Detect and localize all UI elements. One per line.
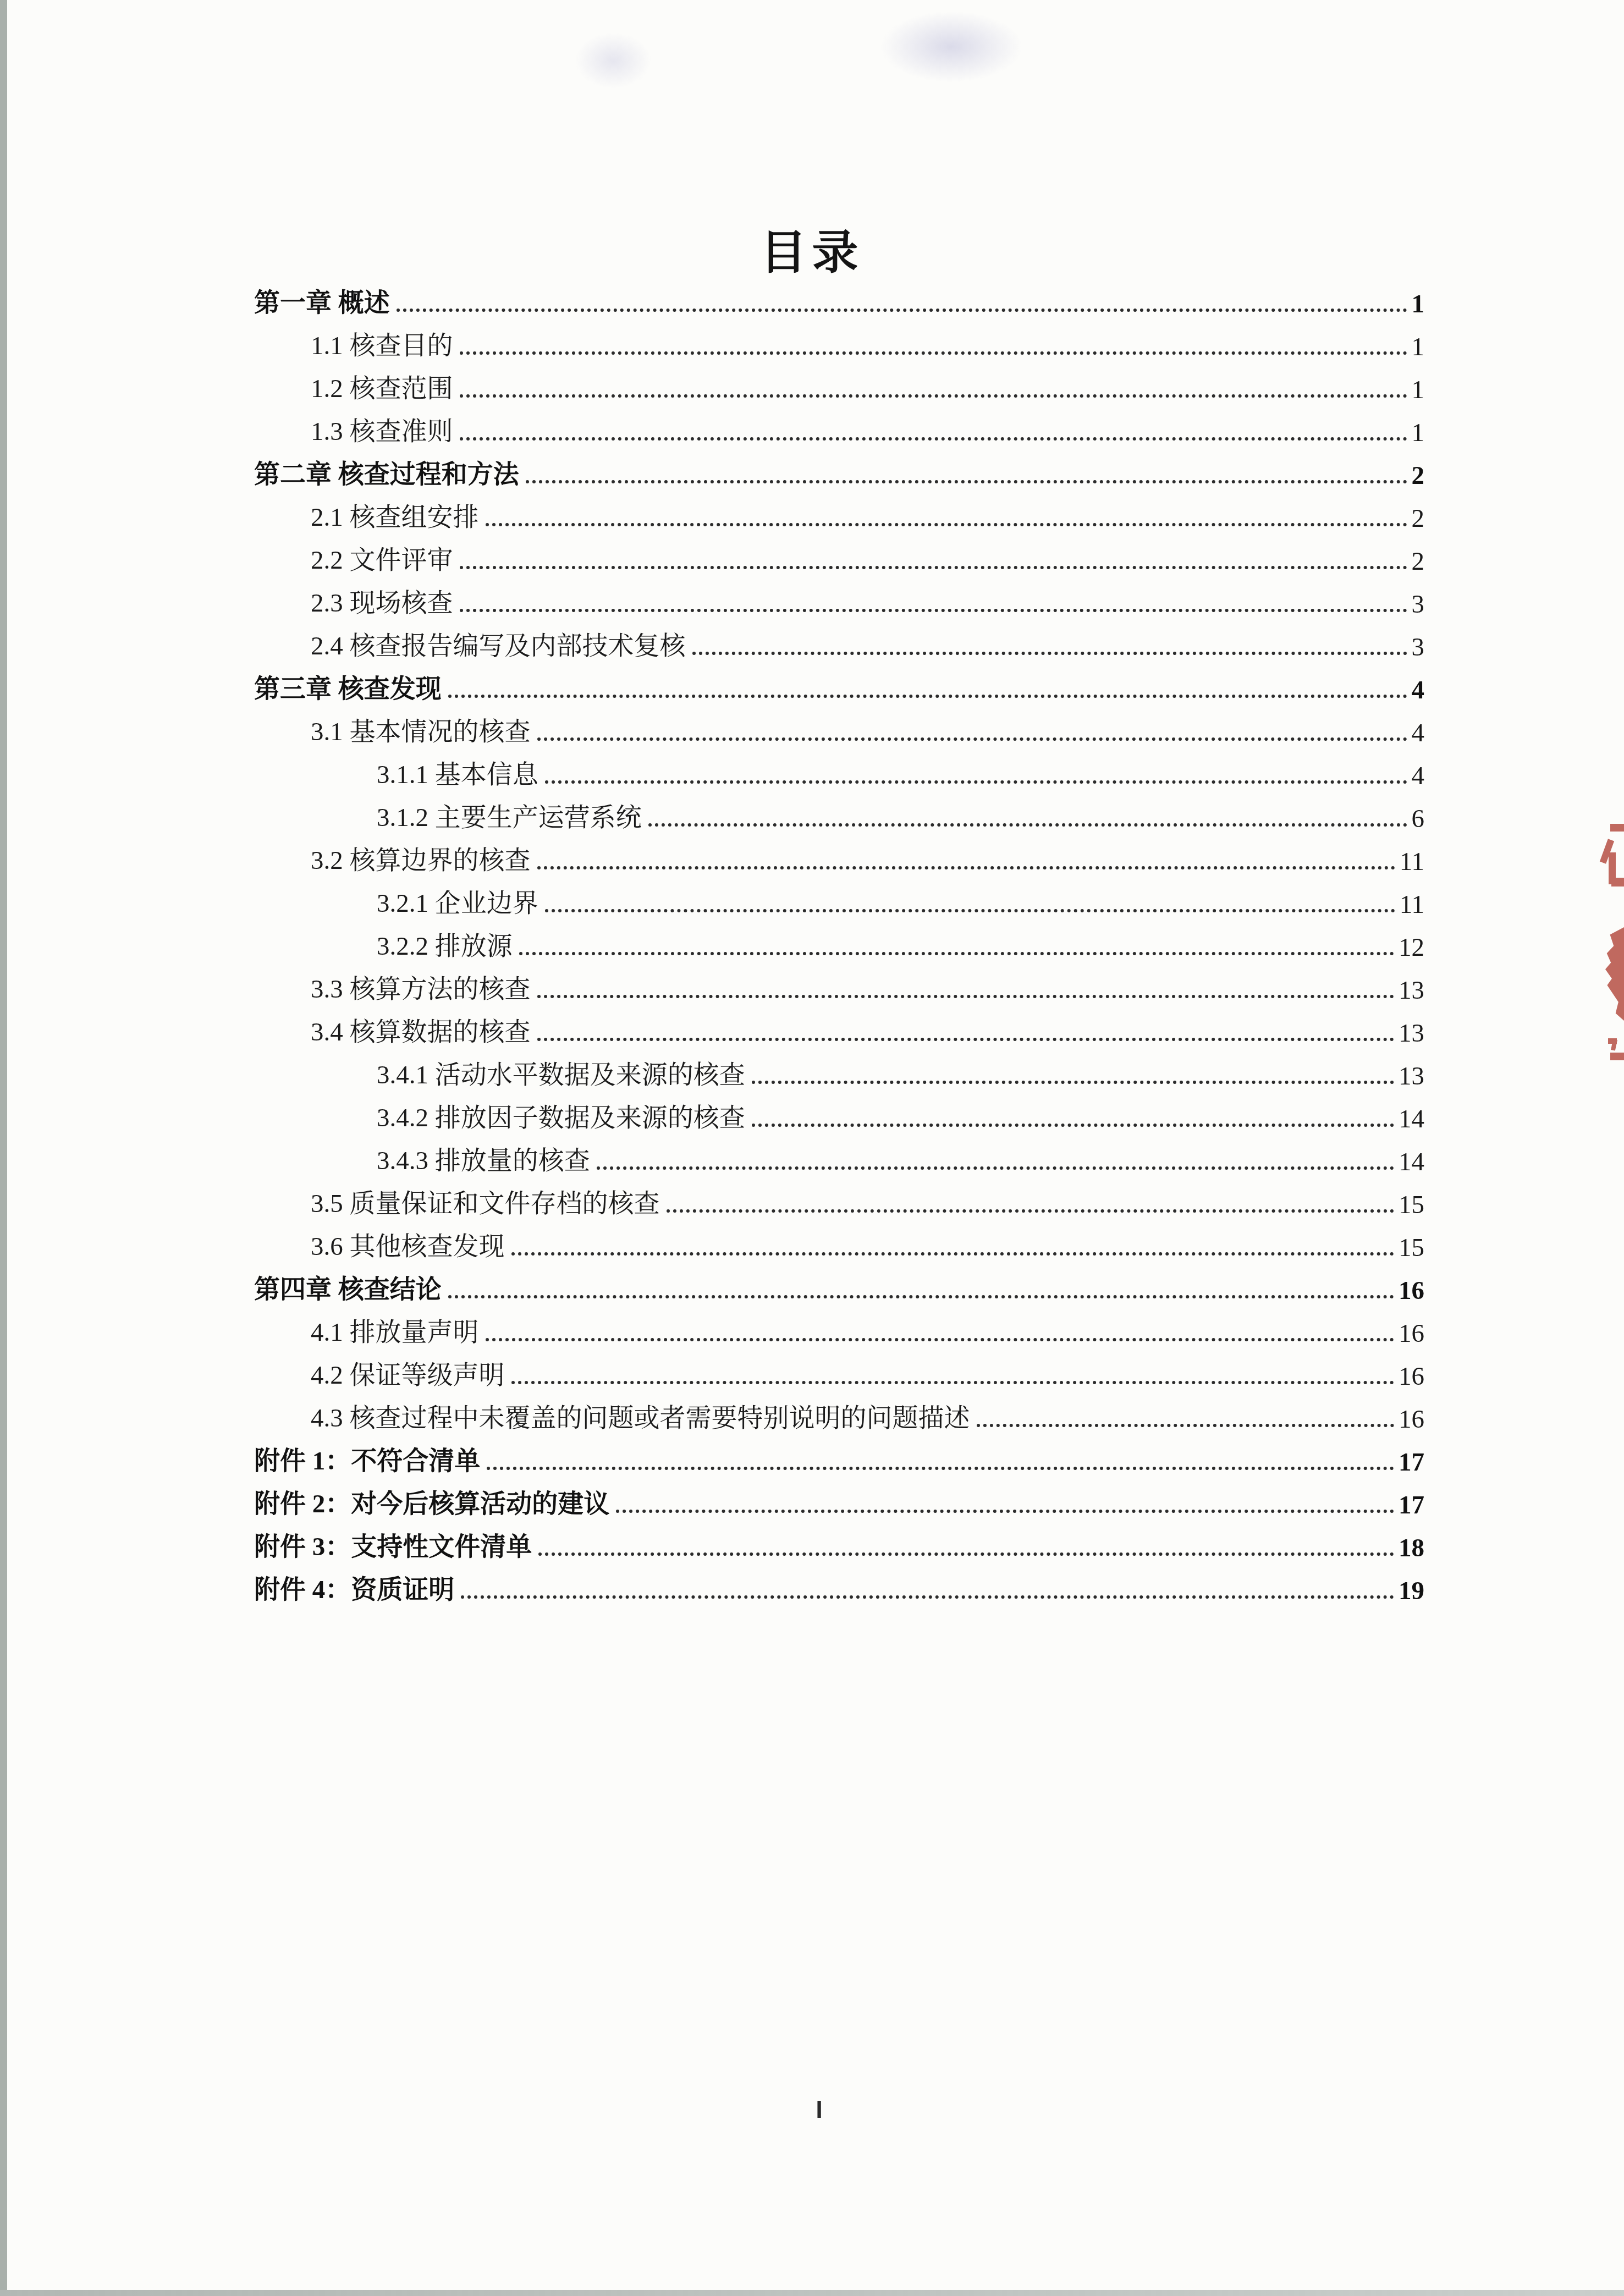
toc-entry-page: 15 xyxy=(1399,1233,1424,1263)
dot-leader xyxy=(519,952,1394,955)
toc-entry-label: 附件 2：对今后核算活动的建议 xyxy=(254,1483,609,1520)
scan-edge-bottom xyxy=(0,2290,1624,2296)
toc-entry-page: 13 xyxy=(1399,1061,1424,1091)
toc-entry-page: 1 xyxy=(1412,375,1425,405)
toc-entry: 3.1 基本情况的核查4 xyxy=(254,705,1424,748)
toc-entry-page: 15 xyxy=(1399,1190,1424,1220)
toc-entry-label: 第四章 核查结论 xyxy=(254,1269,442,1306)
dot-leader xyxy=(545,780,1407,784)
toc-entry-page: 2 xyxy=(1412,504,1425,533)
toc-entry: 第四章 核查结论16 xyxy=(254,1263,1424,1306)
dot-leader xyxy=(752,1124,1394,1127)
toc-entry: 第二章 核查过程和方法2 xyxy=(254,448,1424,491)
red-seal-fragment-icon xyxy=(1607,1038,1624,1060)
scan-smudge xyxy=(874,8,1028,85)
toc-entry: 1.1 核查目的1 xyxy=(254,319,1424,362)
toc-entry: 附件 3：支持性文件清单18 xyxy=(254,1520,1424,1563)
toc-entry-page: 13 xyxy=(1399,976,1424,1005)
dot-leader xyxy=(538,1552,1394,1556)
dot-leader xyxy=(448,695,1407,698)
toc-entry: 附件 1：不符合清单17 xyxy=(254,1434,1424,1477)
dot-leader xyxy=(460,437,1407,441)
toc-entry: 3.2.2 排放源12 xyxy=(254,919,1424,962)
toc-entry-page: 16 xyxy=(1399,1362,1424,1391)
toc-entry-label: 附件 4：资质证明 xyxy=(254,1569,454,1606)
toc-entry-page: 12 xyxy=(1399,933,1424,962)
page-number-footer: I xyxy=(0,2096,1624,2124)
toc-entry-label: 2.1 核查组安排 xyxy=(311,497,479,533)
toc-entry-label: 附件 1：不符合清单 xyxy=(254,1440,480,1477)
toc-entry-page: 18 xyxy=(1399,1533,1424,1563)
toc-entry-page: 13 xyxy=(1399,1018,1424,1048)
toc-entry-page: 19 xyxy=(1399,1576,1424,1606)
toc-entry-page: 11 xyxy=(1400,890,1424,919)
toc-entry-page: 2 xyxy=(1412,547,1425,576)
dot-leader xyxy=(511,1252,1395,1256)
dot-leader xyxy=(486,1338,1395,1341)
dot-leader xyxy=(648,823,1407,827)
table-of-contents: 第一章 概述11.1 核查目的11.2 核查范围11.3 核查准则1第二章 核查… xyxy=(254,276,1424,1606)
toc-entry-page: 4 xyxy=(1412,718,1425,748)
toc-entry-page: 16 xyxy=(1399,1405,1424,1434)
toc-entry-page: 1 xyxy=(1412,332,1425,362)
toc-entry-page: 4 xyxy=(1412,675,1425,705)
scanned-page: 目录 第一章 概述11.1 核查目的11.2 核查范围11.3 核查准则1第二章… xyxy=(0,0,1624,2296)
seal-ink-mark xyxy=(1605,927,1624,1021)
toc-entry-label: 2.3 现场核查 xyxy=(311,582,453,619)
red-seal-fragment-icon xyxy=(1605,927,1624,1021)
toc-entry: 2.1 核查组安排2 xyxy=(254,491,1424,533)
toc-entry-page: 17 xyxy=(1399,1490,1424,1520)
dot-leader xyxy=(460,351,1407,355)
toc-entry-label: 第三章 核查发现 xyxy=(254,668,442,705)
toc-entry: 3.1.2 主要生产运营系统6 xyxy=(254,791,1424,834)
scan-edge-left xyxy=(0,0,7,2296)
dot-leader xyxy=(667,1209,1395,1213)
dot-leader xyxy=(752,1081,1394,1084)
toc-entry-page: 1 xyxy=(1412,289,1425,319)
toc-entry-label: 3.5 质量保证和文件存档的核查 xyxy=(311,1183,660,1220)
toc-entry-label: 3.4 核算数据的核查 xyxy=(311,1011,531,1048)
toc-entry: 1.2 核查范围1 xyxy=(254,362,1424,405)
toc-entry: 2.2 文件评审2 xyxy=(254,533,1424,576)
toc-entry-label: 3.3 核算方法的核查 xyxy=(311,968,531,1005)
toc-entry: 2.4 核查报告编写及内部技术复核3 xyxy=(254,619,1424,662)
toc-entry-page: 14 xyxy=(1399,1147,1424,1177)
toc-entry-page: 3 xyxy=(1412,590,1425,619)
page-title: 目录 xyxy=(0,216,1624,282)
toc-entry: 3.3 核算方法的核查13 xyxy=(254,962,1424,1005)
toc-entry: 3.2 核算边界的核查11 xyxy=(254,834,1424,877)
toc-entry-page: 3 xyxy=(1412,632,1425,662)
toc-entry-label: 1.2 核查范围 xyxy=(311,368,453,405)
toc-entry-page: 2 xyxy=(1412,461,1425,491)
toc-entry: 1.3 核查准则1 xyxy=(254,405,1424,448)
dot-leader xyxy=(977,1424,1395,1427)
dot-leader xyxy=(597,1166,1394,1170)
dot-leader xyxy=(692,652,1407,655)
toc-entry-page: 16 xyxy=(1399,1319,1424,1348)
toc-entry: 4.1 排放量声明16 xyxy=(254,1306,1424,1348)
toc-entry-label: 3.4.1 活动水平数据及来源的核查 xyxy=(377,1054,745,1091)
toc-entry-label: 3.1.1 基本信息 xyxy=(377,754,538,791)
toc-entry-label: 3.1.2 主要生产运营系统 xyxy=(377,797,642,834)
toc-entry: 3.5 质量保证和文件存档的核查15 xyxy=(254,1177,1424,1220)
dot-leader xyxy=(526,480,1407,483)
toc-entry-label: 2.4 核查报告编写及内部技术复核 xyxy=(311,625,686,662)
toc-entry-page: 14 xyxy=(1399,1104,1424,1134)
toc-entry-page: 11 xyxy=(1400,847,1424,877)
dot-leader xyxy=(537,737,1407,741)
dot-leader xyxy=(397,309,1407,312)
toc-entry-label: 3.6 其他核查发现 xyxy=(311,1226,505,1263)
red-seal-fragment-icon xyxy=(1604,824,1624,888)
dot-leader xyxy=(460,609,1407,612)
toc-entry-label: 3.2.2 排放源 xyxy=(377,926,513,962)
toc-entry-label: 3.4.2 排放因子数据及来源的核查 xyxy=(377,1097,745,1134)
seal-ink-mark xyxy=(1610,1053,1624,1060)
dot-leader xyxy=(545,909,1395,912)
toc-entry: 3.4 核算数据的核查13 xyxy=(254,1005,1424,1048)
dot-leader xyxy=(486,523,1407,526)
seal-ink-mark xyxy=(1611,878,1624,887)
dot-leader xyxy=(448,1295,1394,1298)
toc-entry: 3.4.1 活动水平数据及来源的核查13 xyxy=(254,1048,1424,1091)
toc-entry: 2.3 现场核查3 xyxy=(254,576,1424,619)
dot-leader xyxy=(461,1595,1394,1599)
toc-entry-label: 4.2 保证等级声明 xyxy=(311,1355,505,1391)
toc-entry-page: 17 xyxy=(1399,1447,1424,1477)
toc-entry-label: 1.3 核查准则 xyxy=(311,411,453,448)
dot-leader xyxy=(460,566,1407,569)
toc-entry-label: 附件 3：支持性文件清单 xyxy=(254,1526,532,1563)
toc-entry: 4.2 保证等级声明16 xyxy=(254,1348,1424,1391)
toc-entry-page: 16 xyxy=(1399,1276,1424,1306)
toc-entry-page: 4 xyxy=(1412,761,1425,791)
toc-entry: 3.1.1 基本信息4 xyxy=(254,748,1424,791)
toc-entry: 附件 2：对今后核算活动的建议17 xyxy=(254,1477,1424,1520)
dot-leader xyxy=(460,394,1407,398)
toc-entry-label: 2.2 文件评审 xyxy=(311,539,453,576)
seal-ink-mark xyxy=(1610,824,1624,832)
dot-leader xyxy=(537,1038,1395,1041)
toc-entry-page: 6 xyxy=(1412,804,1425,834)
toc-entry: 3.4.3 排放量的核查14 xyxy=(254,1134,1424,1177)
toc-entry-label: 3.2.1 企业边界 xyxy=(377,883,538,919)
toc-entry-label: 第一章 概述 xyxy=(254,282,390,319)
dot-leader xyxy=(537,866,1395,869)
toc-entry-label: 4.1 排放量声明 xyxy=(311,1312,479,1348)
scan-smudge xyxy=(572,30,654,91)
toc-entry-label: 第二章 核查过程和方法 xyxy=(254,454,519,491)
toc-entry-label: 3.4.3 排放量的核查 xyxy=(377,1140,590,1177)
toc-entry: 附件 4：资质证明19 xyxy=(254,1563,1424,1606)
toc-entry-label: 4.3 核查过程中未覆盖的问题或者需要特别说明的问题描述 xyxy=(311,1397,970,1434)
toc-entry: 3.6 其他核查发现15 xyxy=(254,1220,1424,1263)
toc-entry: 3.2.1 企业边界11 xyxy=(254,877,1424,919)
dot-leader xyxy=(487,1467,1394,1470)
toc-entry-label: 3.2 核算边界的核查 xyxy=(311,840,531,877)
dot-leader xyxy=(616,1510,1394,1513)
toc-entry: 4.3 核查过程中未覆盖的问题或者需要特别说明的问题描述16 xyxy=(254,1391,1424,1434)
toc-entry-page: 1 xyxy=(1412,418,1425,448)
toc-entry: 3.4.2 排放因子数据及来源的核查14 xyxy=(254,1091,1424,1134)
dot-leader xyxy=(537,995,1395,998)
toc-entry-label: 1.1 核查目的 xyxy=(311,325,453,362)
dot-leader xyxy=(511,1381,1395,1384)
toc-entry: 第三章 核查发现4 xyxy=(254,662,1424,705)
toc-entry: 第一章 概述1 xyxy=(254,276,1424,319)
toc-entry-label: 3.1 基本情况的核查 xyxy=(311,711,531,748)
